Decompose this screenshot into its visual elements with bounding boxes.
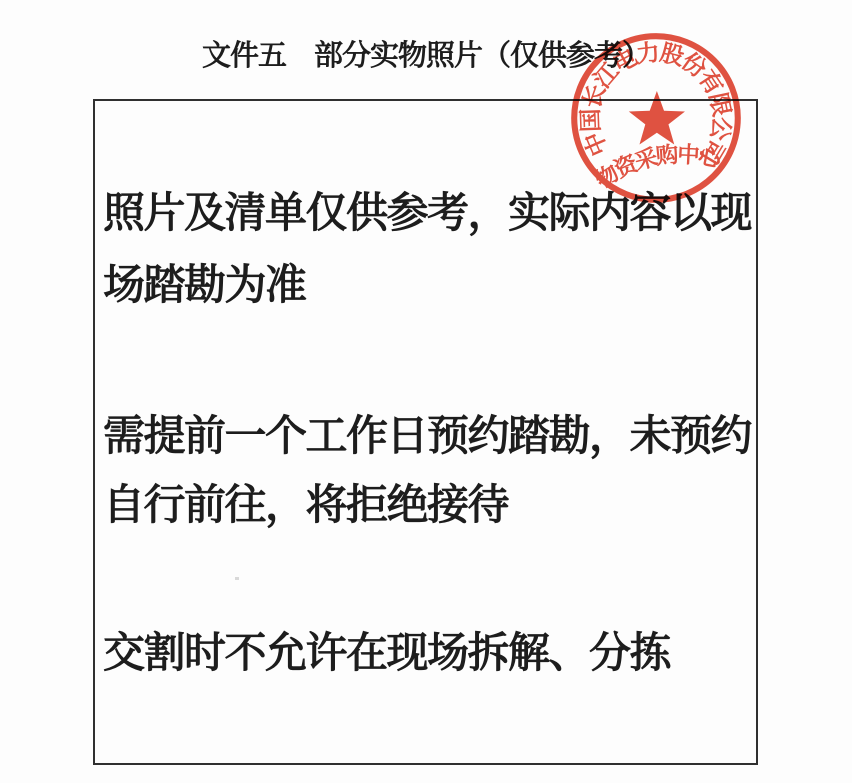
scan-speck: [235, 577, 239, 580]
notice-line: 自行前往，将拒绝接待: [103, 479, 508, 531]
company-seal-stamp: 中国长江电力股份有限公司 物资采购中心: [560, 31, 752, 205]
notice-line: 交割时不允许在现场拆解、分拣: [103, 627, 670, 679]
notice-line: 需提前一个工作日预约踏勘，未预约: [103, 410, 751, 462]
star-icon: [629, 91, 685, 145]
scanned-document-page: 文件五 部分实物照片（仅供参考） 照片及清单仅供参考，实际内容以现 场踏勘为准 …: [0, 0, 852, 783]
notice-line: 场踏勘为准: [103, 259, 306, 311]
